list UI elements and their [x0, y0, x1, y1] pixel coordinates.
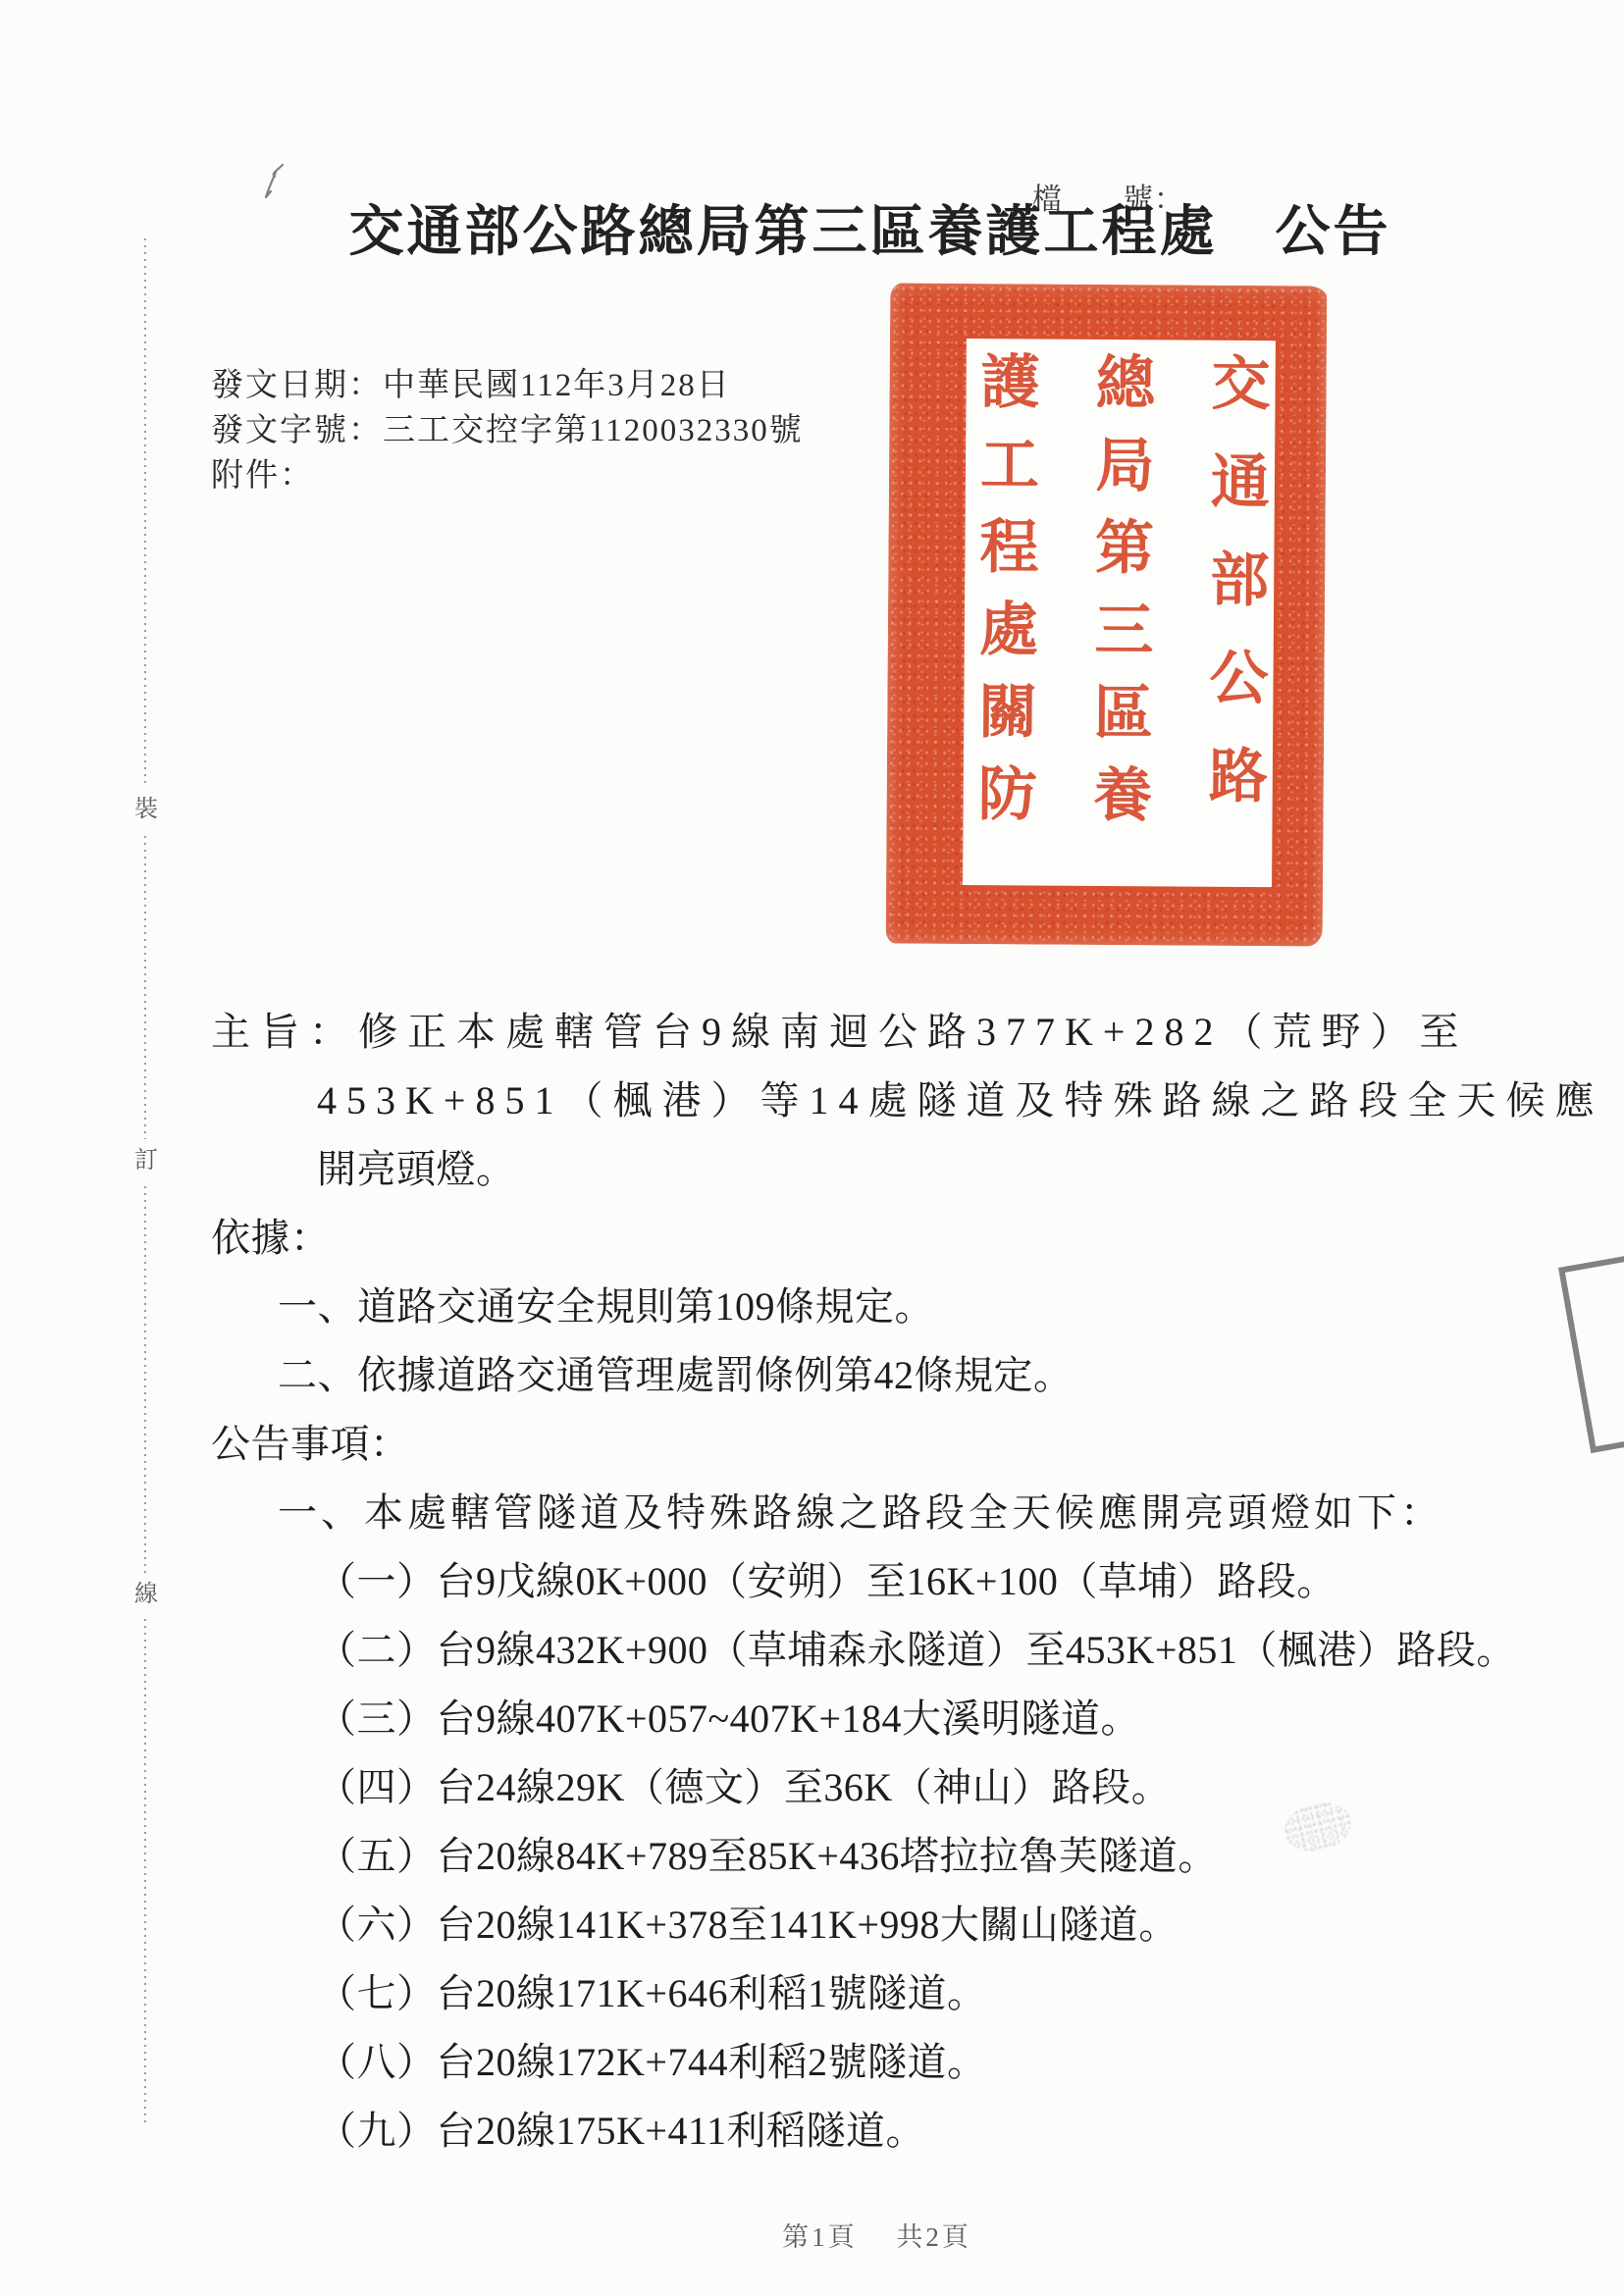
partial-stamp — [1558, 1228, 1624, 1453]
binding-char-xian: 線 — [131, 1573, 161, 1616]
seal-column-1: 交通部公路 — [1203, 352, 1266, 875]
binding-char-ding: 訂 — [131, 1139, 161, 1182]
body-line: 一、道路交通安全規則第109條規定。 — [211, 1273, 1545, 1341]
body-line: （七）台20線171K+646利稻1號隧道。 — [211, 1959, 1545, 2028]
body-line: 一、本處轄管隧道及特殊路線之路段全天候應開亮頭燈如下： — [211, 1479, 1545, 1547]
body-line: （三）台9線407K+057~407K+184大溪明隧道。 — [211, 1685, 1545, 1753]
body-line: 453K+851（楓港）等14處隧道及特殊路線之路段全天候應 — [211, 1067, 1545, 1135]
seal-column-2: 總局第三區養 — [1088, 351, 1151, 874]
binding-char-zhuang: 裝 — [131, 788, 161, 831]
seal-column-3: 護工程處關防 — [972, 350, 1035, 873]
body-line: 公告事項： — [211, 1410, 1545, 1479]
body-line: （六）台20線141K+378至141K+998大關山隧道。 — [211, 1891, 1545, 1959]
doc-number: 發文字號：三工交控字第1120032330號 — [211, 408, 804, 453]
issue-date: 發文日期：中華民國112年3月28日 — [211, 363, 804, 408]
announcement-body: 主旨：修正本處轄管台9線南迴公路377K+282（荒野）至453K+851（楓港… — [211, 998, 1545, 2166]
attachment-label: 附件： — [211, 453, 804, 498]
body-line: 開亮頭燈。 — [211, 1135, 1545, 1204]
body-line: 二、依據道路交通管理處罰條例第42條規定。 — [211, 1341, 1545, 1410]
page-footer: 第1頁 共2頁 — [0, 2216, 1624, 2254]
body-line: （二）台9線432K+900（草埔森永隧道）至453K+851（楓港）路段。 — [211, 1616, 1545, 1685]
body-line: （九）台20線175K+411利稻隧道。 — [211, 2097, 1545, 2166]
stamp-handwriting — [1580, 1254, 1624, 1440]
page-title: 交通部公路總局第三區養護工程處 公告 — [0, 188, 1624, 267]
body-line: （一）台9戊線0K+000（安朔）至16K+100（草埔）路段。 — [211, 1547, 1545, 1616]
document-meta: 發文日期：中華民國112年3月28日 發文字號：三工交控字第1120032330… — [211, 363, 804, 498]
official-seal-text: 交通部公路 總局第三區養 護工程處關防 — [963, 339, 1276, 887]
body-line: （八）台20線172K+744利稻2號隧道。 — [211, 2028, 1545, 2097]
official-seal: 交通部公路 總局第三區養 護工程處關防 — [886, 283, 1328, 946]
body-line: 主旨：修正本處轄管台9線南迴公路377K+282（荒野）至 — [211, 998, 1545, 1067]
body-line: 依據： — [211, 1204, 1545, 1273]
document-page: 檔 號： 保存年限： 交通部公路總局第三區養護工程處 公告 發文日期：中華民國1… — [0, 0, 1624, 2296]
